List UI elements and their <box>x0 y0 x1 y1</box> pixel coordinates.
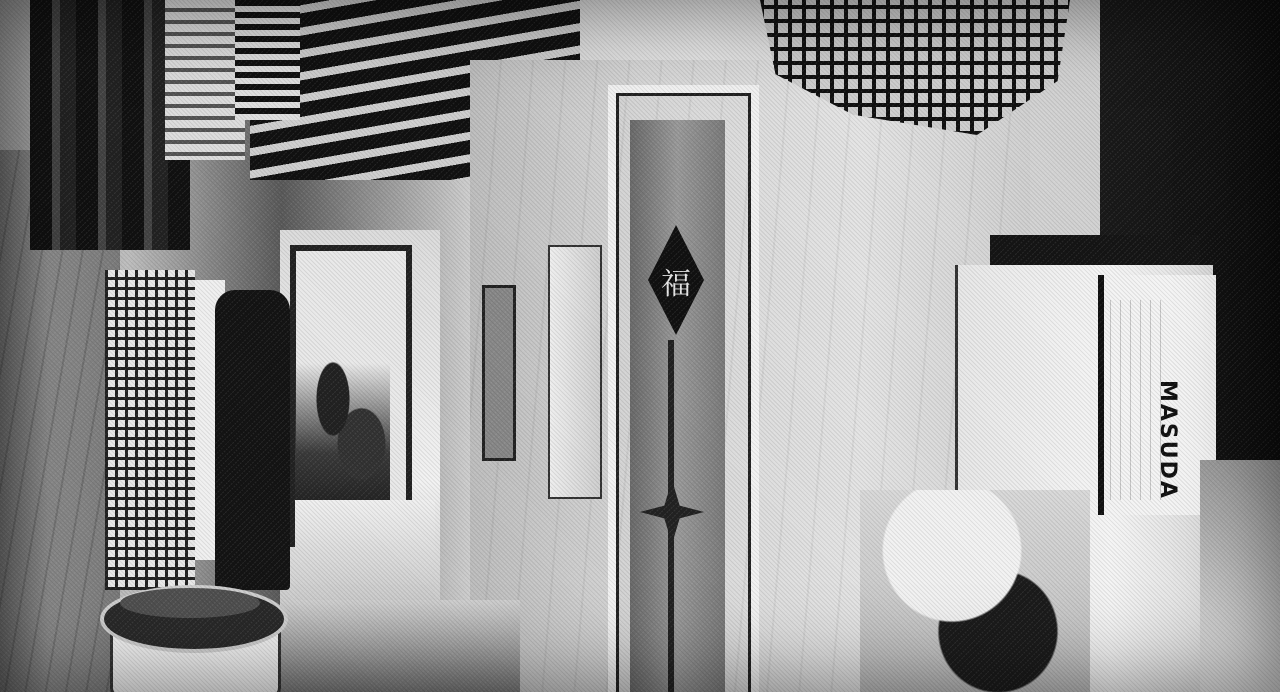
cooking-pot-interior <box>120 588 260 618</box>
hanging-dark-coat <box>215 290 290 590</box>
box-brand-text: MASUDA <box>1150 380 1180 510</box>
floor-foreground <box>280 600 520 692</box>
corridor-photo: 福 MASUDA <box>0 0 1280 692</box>
laundry-pile <box>860 490 1090 692</box>
door <box>630 120 725 692</box>
right-panel <box>1200 460 1280 692</box>
hanging-checked-garment <box>105 270 195 590</box>
wall-mirror <box>482 285 516 461</box>
hanging-striped-shirt <box>235 0 300 120</box>
hanging-clothes-left-light <box>165 0 245 160</box>
hanging-towel <box>548 245 602 499</box>
fortune-character: 福 <box>648 259 704 303</box>
people-in-corridor <box>295 345 390 525</box>
